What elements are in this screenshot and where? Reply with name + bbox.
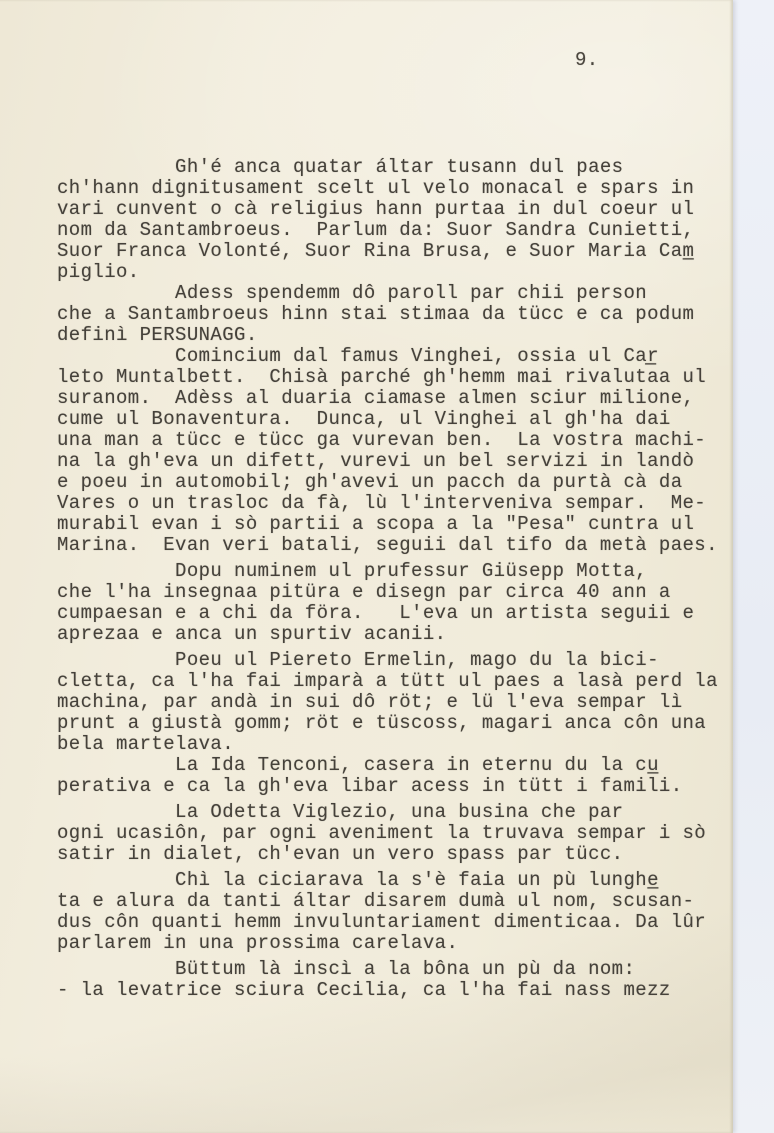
paragraph: Büttum là inscì a la bôna un pù da nom: … — [57, 959, 733, 1001]
paragraph: Chì la ciciarava la s'è faia un pù lungh… — [57, 870, 733, 954]
paragraph: Adess spendemm dô paroll par chii person… — [57, 283, 733, 346]
paragraph: La Ida Tenconi, casera in eternu du la c… — [57, 755, 733, 797]
paragraph: Poeu ul Piereto Ermelin, mago du la bici… — [57, 650, 733, 755]
page-number: 9. — [575, 50, 599, 71]
paragraph: Comincium dal famus Vinghei, ossia ul Ca… — [57, 346, 733, 556]
paragraph: Gh'é anca quatar áltar tusann dul paes c… — [57, 157, 733, 283]
document-text: Gh'é anca quatar áltar tusann dul paes c… — [57, 157, 733, 1001]
scanned-page: 9. Gh'é anca quatar áltar tusann dul pae… — [0, 0, 733, 1133]
paragraph: La Odetta Viglezio, una busina che par o… — [57, 802, 733, 865]
paragraph: Dopu numinem ul prufessur Giüsepp Motta,… — [57, 561, 733, 645]
